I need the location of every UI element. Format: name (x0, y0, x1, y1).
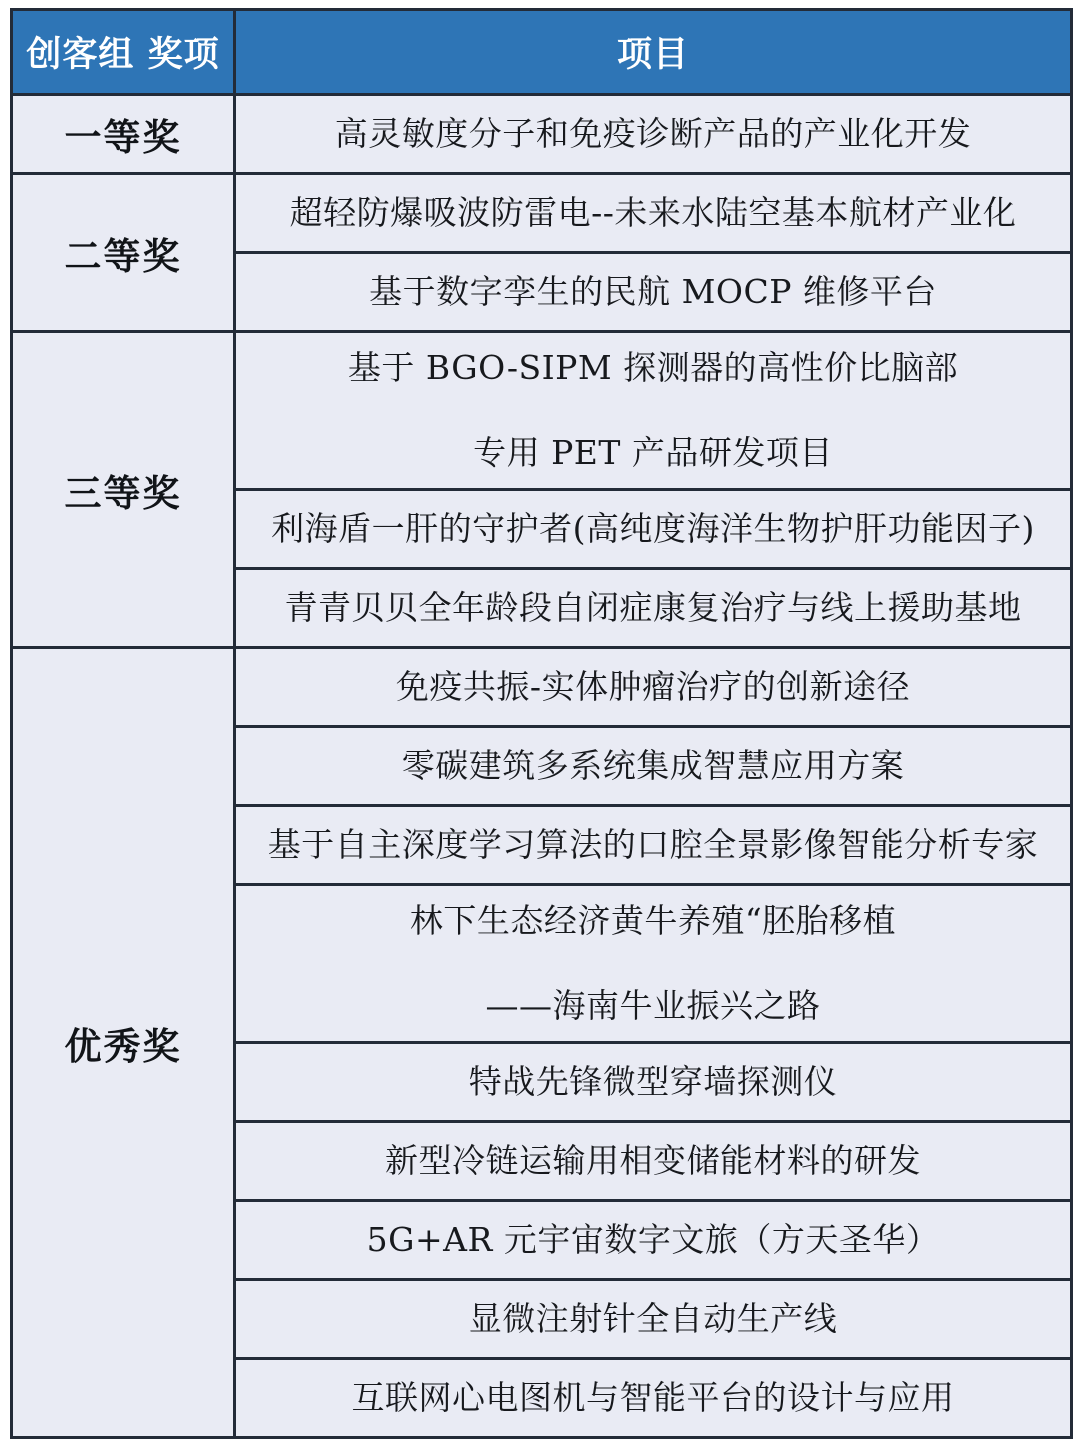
project-line: 特战先锋微型穿墙探测仪 (469, 1060, 838, 1105)
project-cell: 青青贝贝全年龄段自闭症康复治疗与线上援助基地 (235, 569, 1072, 648)
project-line: 新型冷链运输用相变储能材料的研发 (385, 1139, 921, 1184)
project-line: 林下生态经济黄牛养殖“胚胎移植 (410, 899, 896, 944)
project-cell: 互联网心电图机与智能平台的设计与应用 (235, 1359, 1072, 1438)
project-cell: 利海盾一肝的守护者(高纯度海洋生物护肝功能因子) (235, 490, 1072, 569)
table-row: 优秀奖免疫共振-实体肿瘤治疗的创新途径 (12, 648, 1072, 727)
project-line: 基于数字孪生的民航 MOCP 维修平台 (369, 270, 937, 315)
project-cell: 免疫共振-实体肿瘤治疗的创新途径 (235, 648, 1072, 727)
project-cell: 基于 BGO-SIPM 探测器的高性价比脑部专用 PET 产品研发项目 (235, 332, 1072, 490)
page: 创客组 奖项 项目 一等奖高灵敏度分子和免疫诊断产品的产业化开发二等奖超轻防爆吸… (0, 0, 1080, 1441)
project-line: 青青贝贝全年龄段自闭症康复治疗与线上援助基地 (285, 586, 1022, 631)
project-line: 5G+AR 元宇宙数字文旅（方天圣华） (367, 1218, 940, 1263)
header-award-column: 创客组 奖项 (12, 10, 235, 95)
project-cell: 显微注射针全自动生产线 (235, 1280, 1072, 1359)
project-cell: 超轻防爆吸波防雷电--未来水陆空基本航材产业化 (235, 174, 1072, 253)
project-cell: 特战先锋微型穿墙探测仪 (235, 1043, 1072, 1122)
project-line: 显微注射针全自动生产线 (469, 1297, 838, 1342)
project-cell: 林下生态经济黄牛养殖“胚胎移植——海南牛业振兴之路 (235, 885, 1072, 1043)
project-cell: 新型冷链运输用相变储能材料的研发 (235, 1122, 1072, 1201)
project-cell: 5G+AR 元宇宙数字文旅（方天圣华） (235, 1201, 1072, 1280)
award-cell-2: 三等奖 (12, 332, 235, 648)
project-line: 互联网心电图机与智能平台的设计与应用 (352, 1376, 955, 1421)
award-project-table: 创客组 奖项 项目 一等奖高灵敏度分子和免疫诊断产品的产业化开发二等奖超轻防爆吸… (10, 8, 1073, 1439)
award-cell-3: 优秀奖 (12, 648, 235, 1438)
project-line: 超轻防爆吸波防雷电--未来水陆空基本航材产业化 (290, 191, 1017, 236)
project-cell: 基于自主深度学习算法的口腔全景影像智能分析专家 (235, 806, 1072, 885)
header-project-column: 项目 (235, 10, 1072, 95)
project-line: 专用 PET 产品研发项目 (473, 431, 833, 476)
award-cell-0: 一等奖 (12, 95, 235, 174)
project-line: 免疫共振-实体肿瘤治疗的创新途径 (396, 665, 910, 710)
project-cell: 基于数字孪生的民航 MOCP 维修平台 (235, 253, 1072, 332)
project-cell: 高灵敏度分子和免疫诊断产品的产业化开发 (235, 95, 1072, 174)
project-line: 基于自主深度学习算法的口腔全景影像智能分析专家 (268, 823, 1039, 868)
award-cell-1: 二等奖 (12, 174, 235, 332)
table-row: 三等奖基于 BGO-SIPM 探测器的高性价比脑部专用 PET 产品研发项目 (12, 332, 1072, 490)
table-row: 二等奖超轻防爆吸波防雷电--未来水陆空基本航材产业化 (12, 174, 1072, 253)
table-row: 一等奖高灵敏度分子和免疫诊断产品的产业化开发 (12, 95, 1072, 174)
project-line: 高灵敏度分子和免疫诊断产品的产业化开发 (335, 112, 972, 157)
table-header-row: 创客组 奖项 项目 (12, 10, 1072, 95)
project-cell: 零碳建筑多系统集成智慧应用方案 (235, 727, 1072, 806)
project-line: 基于 BGO-SIPM 探测器的高性价比脑部 (348, 346, 958, 391)
project-line: 零碳建筑多系统集成智慧应用方案 (402, 744, 905, 789)
project-line: ——海南牛业振兴之路 (486, 984, 821, 1029)
project-line: 利海盾一肝的守护者(高纯度海洋生物护肝功能因子) (271, 507, 1035, 552)
